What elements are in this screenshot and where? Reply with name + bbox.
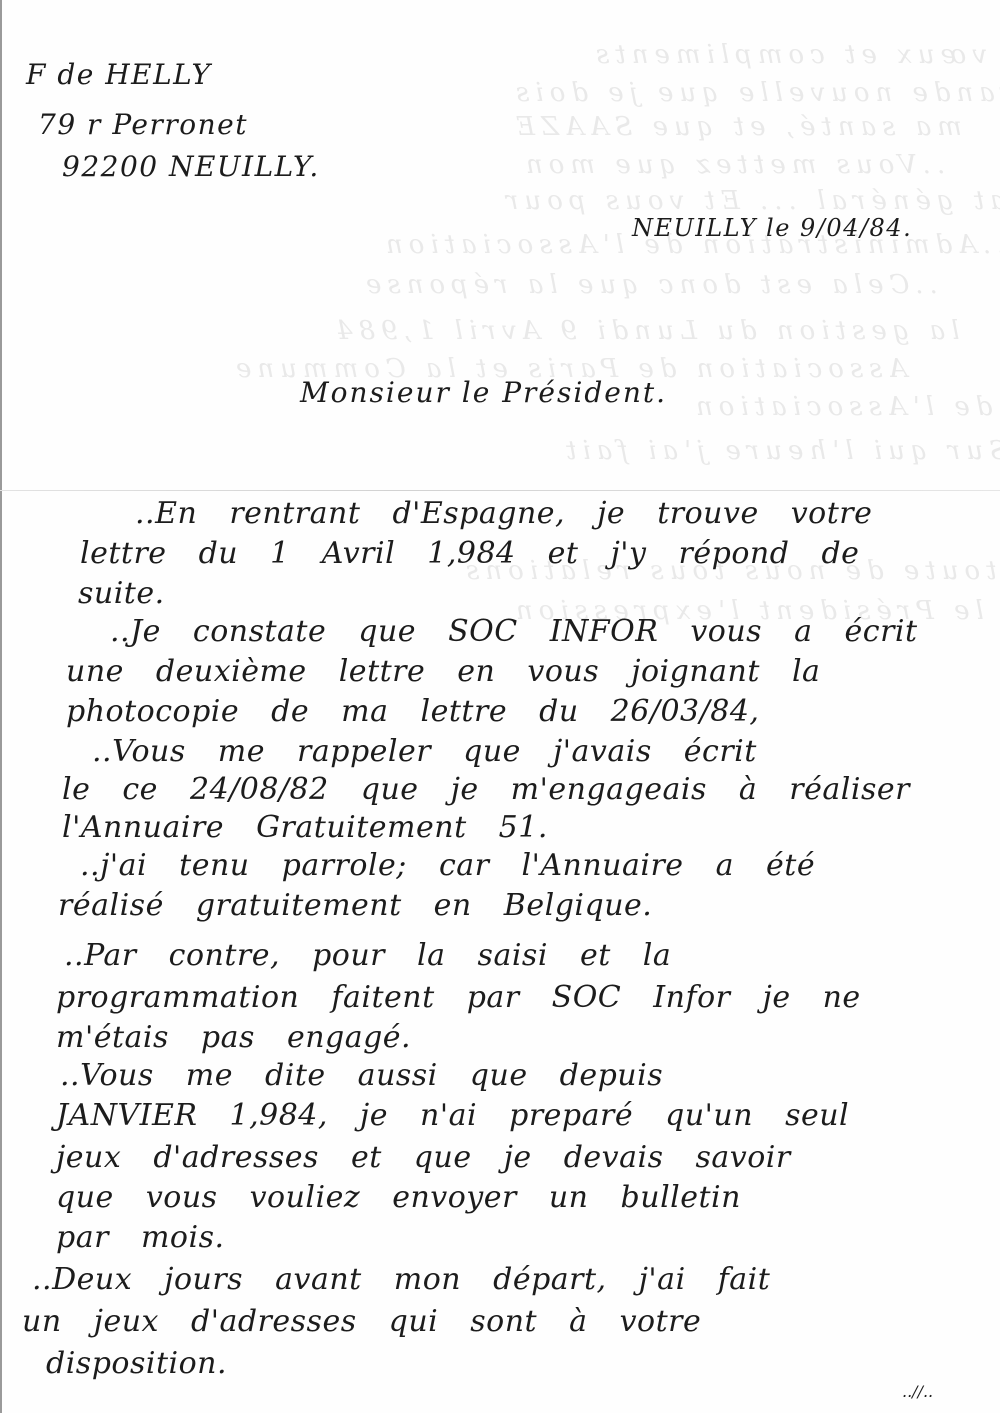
body-line: ..Je constate que SOC INFOR vous a écrit xyxy=(110,614,918,649)
body-line: m'étais pas engagé. xyxy=(56,1020,411,1055)
body-line: ..Vous me dite aussi que depuis xyxy=(60,1058,663,1093)
body-line: lettre du 1 Avril 1,984 et j'y répond de xyxy=(80,536,859,571)
dateline: NEUILLY le 9/04/84. xyxy=(632,214,912,242)
continuation-mark: ..//.. xyxy=(902,1382,933,1401)
body-line: réalisé gratuitement en Belgique. xyxy=(58,888,652,923)
body-line: disposition. xyxy=(46,1346,227,1381)
body-line: que vous vouliez envoyer un bulletin xyxy=(56,1180,741,1215)
body-line: ..Deux jours avant mon départ, j'ai fait xyxy=(32,1262,770,1297)
body-line: le ce 24/08/82 que je m'engageais à réal… xyxy=(62,772,910,807)
body-line: JANVIER 1,984, je n'ai preparé qu'un seu… xyxy=(56,1098,849,1133)
show-through-line: En grande nouvelle que je dois xyxy=(510,78,1000,108)
body-line: jeux d'adresses et que je devais savoir xyxy=(56,1140,791,1175)
show-through-line: ..Les meilleurs vœux et compliments xyxy=(590,40,1000,70)
salutation: Monsieur le Président. xyxy=(300,376,667,409)
show-through-line: la gestion du Lundi 9 Avril 1,984 xyxy=(330,316,960,346)
sender-street: 79 r Perronet xyxy=(38,108,248,141)
sender-name: F de HELLY xyxy=(26,58,211,91)
letter-page: ..Les meilleurs vœux et compliments En g… xyxy=(0,0,1000,1413)
scan-left-edge xyxy=(0,0,2,1413)
show-through-line: de l'Association xyxy=(690,392,992,422)
sender-city: 92200 NEUILLY. xyxy=(62,150,320,183)
body-line: suite. xyxy=(78,576,165,611)
show-through-line: ..Sur qui l'heure j'ai fait xyxy=(560,436,1000,466)
body-line: ..Par contre, pour la saisi et la xyxy=(64,938,671,973)
show-through-line: ..Vous mettez que mon xyxy=(520,150,945,180)
body-line: photocopie de ma lettre du 26/03/84, xyxy=(66,694,759,729)
body-line: par mois. xyxy=(56,1220,225,1255)
body-line: ..j'ai tenu parrole; car l'Annuaire a ét… xyxy=(80,848,815,883)
body-line: ..Vous me rappeler que j'avais écrit xyxy=(92,734,757,769)
body-line: une deuxième lettre en vous joignant la xyxy=(66,654,820,689)
body-line: un jeux d'adresses qui sont à votre xyxy=(22,1304,701,1339)
show-through-line: Secrétariat général ... Et vous pour xyxy=(500,186,1000,216)
body-line: ..En rentrant d'Espagne, je trouve votre xyxy=(135,496,872,531)
paper-fold-line xyxy=(0,490,1000,491)
body-line: l'Annuaire Gratuitement 51. xyxy=(62,810,548,845)
show-through-line: ..Cela est donc que la réponse xyxy=(360,270,938,300)
body-line: programmation faitent par SOC Infor je n… xyxy=(56,980,861,1015)
show-through-line: ma santé, et que SAAZE xyxy=(510,112,962,142)
